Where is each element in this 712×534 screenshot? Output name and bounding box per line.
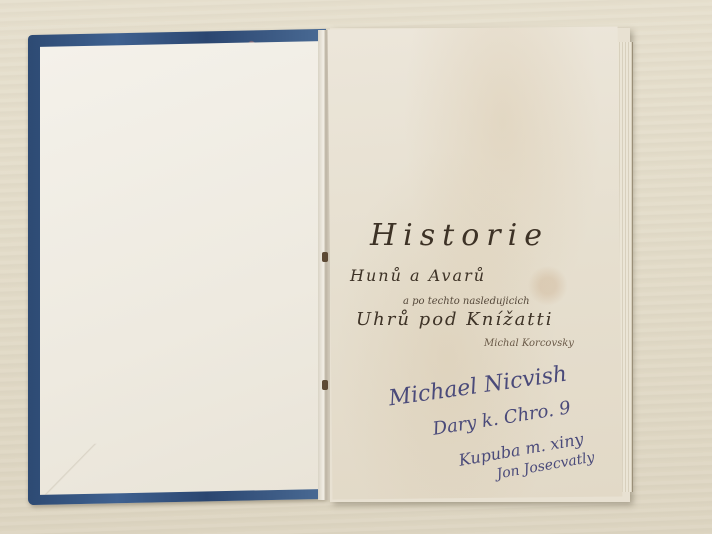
handwritten-subtitle-3: Uhrů pod Knížatti bbox=[356, 309, 554, 330]
binding-stitch bbox=[322, 252, 328, 262]
handwritten-author: Michal Korcovsky bbox=[484, 338, 574, 349]
handwritten-subtitle-2: a po techto nasledujicich bbox=[403, 296, 530, 307]
binding-stitch bbox=[322, 380, 328, 390]
endpaper-fold bbox=[40, 444, 100, 495]
blank-endpaper bbox=[40, 41, 320, 495]
handwritten-title: Historie bbox=[370, 218, 549, 253]
handwritten-subtitle-1: Hunů a Avarů bbox=[350, 266, 486, 285]
